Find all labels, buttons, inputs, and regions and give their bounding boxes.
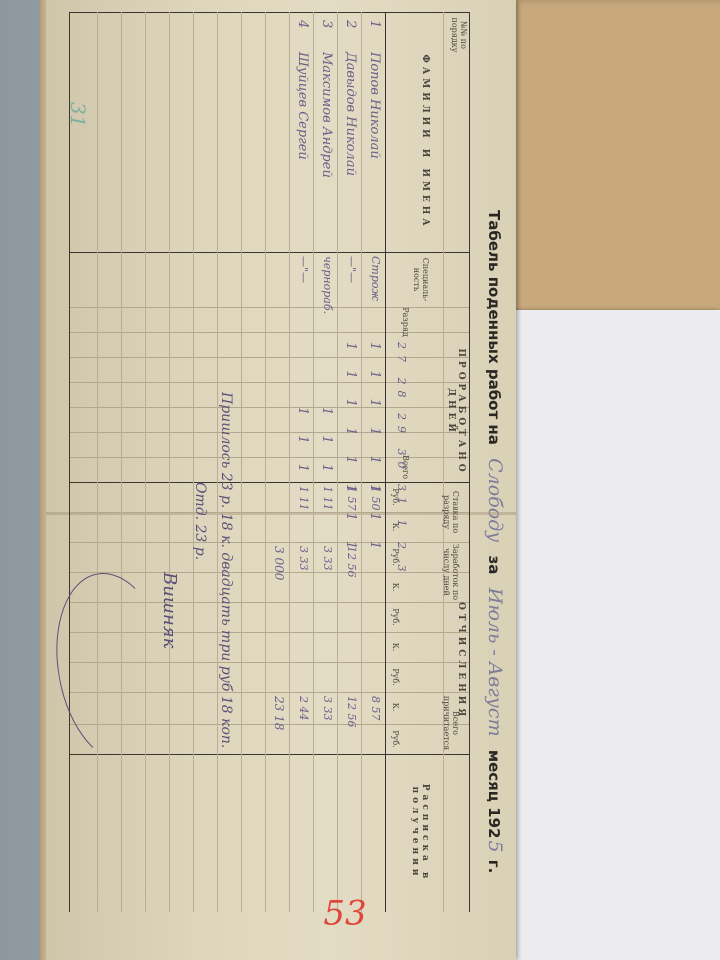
row-line bbox=[443, 12, 444, 912]
title-month-label: месяц bbox=[485, 750, 503, 802]
row-line bbox=[193, 12, 194, 912]
rate: 1 57 bbox=[345, 486, 358, 511]
header-rub: Руб. bbox=[391, 602, 400, 632]
signature-note: Пришлось 23 р. 18 к. двадцать три руб 18… bbox=[218, 392, 234, 748]
grid-line bbox=[70, 542, 470, 543]
title-org-handwritten: Слободу bbox=[484, 458, 506, 542]
title-month-handwritten: Июль - Август bbox=[484, 588, 506, 737]
signature-line: Отд. 23 р. bbox=[192, 482, 208, 560]
grid-line bbox=[70, 407, 470, 408]
title-year-suffix: г. bbox=[485, 860, 503, 874]
table-top-border bbox=[469, 12, 470, 912]
grid-line bbox=[70, 307, 470, 308]
row-line bbox=[241, 12, 242, 912]
grid-line bbox=[70, 332, 470, 333]
title-for: за bbox=[485, 556, 503, 575]
day-numbers-handwritten: 27 28 29 30 31 1 2 3 bbox=[395, 342, 408, 578]
kraft-paper-sheet bbox=[508, 0, 720, 312]
specialty: —"— bbox=[297, 256, 310, 283]
header-rub: Руб. bbox=[391, 662, 400, 692]
table-bottom-border bbox=[69, 12, 70, 912]
earnings: 3 33 bbox=[297, 546, 310, 571]
days-marks: 1 1 1 1 1 1 1 1 bbox=[343, 342, 358, 557]
header-deductions: ОТЧИСЛЕНИЯ bbox=[456, 602, 466, 692]
worker-name: Давыдов Николай bbox=[343, 52, 358, 176]
table-border bbox=[70, 12, 470, 13]
row-line bbox=[265, 12, 266, 912]
title-year-handwritten: 5 bbox=[484, 840, 506, 852]
white-paper-sheet bbox=[516, 310, 720, 960]
worker-name: Шуйцев Сергей bbox=[295, 52, 310, 160]
row-line bbox=[361, 12, 362, 912]
header-names: ФАМИЛИИ И ИМЕНА bbox=[420, 42, 430, 242]
header-total-due: Всего причитается bbox=[442, 692, 460, 754]
header-kop: К. bbox=[391, 632, 400, 662]
grid-line bbox=[70, 572, 470, 573]
row-line bbox=[121, 12, 122, 912]
worker-name: Попов Николай bbox=[367, 52, 382, 159]
column-divider bbox=[70, 482, 470, 483]
row-number: 2 bbox=[343, 20, 358, 28]
days-marks: 1 1 1 bbox=[295, 407, 310, 480]
header-receipt: Расписка в получении bbox=[410, 754, 430, 912]
header-earnings: Заработок по числу дней bbox=[442, 542, 460, 602]
row-line bbox=[337, 12, 338, 912]
row-line bbox=[145, 12, 146, 912]
row-number: 1 bbox=[367, 20, 382, 28]
rate: 1 11 bbox=[321, 486, 334, 511]
header-bottom-border bbox=[385, 12, 386, 912]
total-due: 2 44 bbox=[297, 696, 310, 721]
specialty: Строж bbox=[369, 256, 382, 301]
specialty: чернораб. bbox=[321, 256, 334, 314]
days-marks: 1 1 1 1 1 1 1 1 bbox=[367, 342, 382, 557]
worker-name: Максимов Андрей bbox=[319, 52, 334, 178]
header-number: №№ по порядку bbox=[450, 12, 468, 58]
header-rub: Руб. bbox=[391, 724, 400, 754]
earnings: 12 56 bbox=[345, 546, 358, 578]
header-days-worked: ПРОРАБОТАНО ДНЕЙ bbox=[446, 342, 466, 482]
timesheet-table: №№ по порядку ФАМИЛИИ И ИМЕНА Специаль-н… bbox=[70, 12, 470, 912]
rate: 1 50 bbox=[369, 486, 382, 511]
document-title: Табель поденных работ на Слободу за Июль… bbox=[484, 210, 506, 873]
grid-line bbox=[70, 457, 470, 458]
header-specialty: Специаль-ность bbox=[412, 252, 430, 307]
rate: 1 11 bbox=[297, 486, 310, 511]
total-due: 3 33 bbox=[321, 696, 334, 721]
row-line bbox=[169, 12, 170, 912]
total-due: 8 57 bbox=[369, 696, 382, 721]
row-number: 3 bbox=[319, 20, 334, 28]
title-year-prefix: 192 bbox=[485, 807, 503, 838]
grid-line bbox=[70, 432, 470, 433]
header-rate: Ставка по разряду bbox=[442, 482, 460, 542]
rotated-document: Табель поденных работ на Слободу за Июль… bbox=[46, 0, 516, 960]
grid-line bbox=[70, 382, 470, 383]
red-pencil-annotation: 53 bbox=[323, 894, 366, 934]
days-marks: 1 1 1 bbox=[319, 407, 334, 480]
column-divider bbox=[70, 252, 470, 253]
earnings: 3 33 bbox=[321, 546, 334, 571]
total-due: 12 56 bbox=[345, 696, 358, 728]
grid-line bbox=[70, 512, 470, 513]
grand-total: 23 18 bbox=[272, 696, 286, 730]
green-pencil-annotation: 31 bbox=[66, 102, 90, 127]
row-line bbox=[97, 12, 98, 912]
title-prefix: Табель поденных работ на bbox=[485, 210, 503, 445]
row-number: 4 bbox=[295, 20, 310, 28]
row-line bbox=[289, 12, 290, 912]
header-kop: К. bbox=[391, 692, 400, 722]
sum-handwritten: 3 000 bbox=[272, 546, 286, 580]
specialty: —"— bbox=[345, 256, 358, 283]
header-grade: Разряд bbox=[401, 307, 410, 337]
row-line bbox=[313, 12, 314, 912]
grid-line bbox=[70, 357, 470, 358]
